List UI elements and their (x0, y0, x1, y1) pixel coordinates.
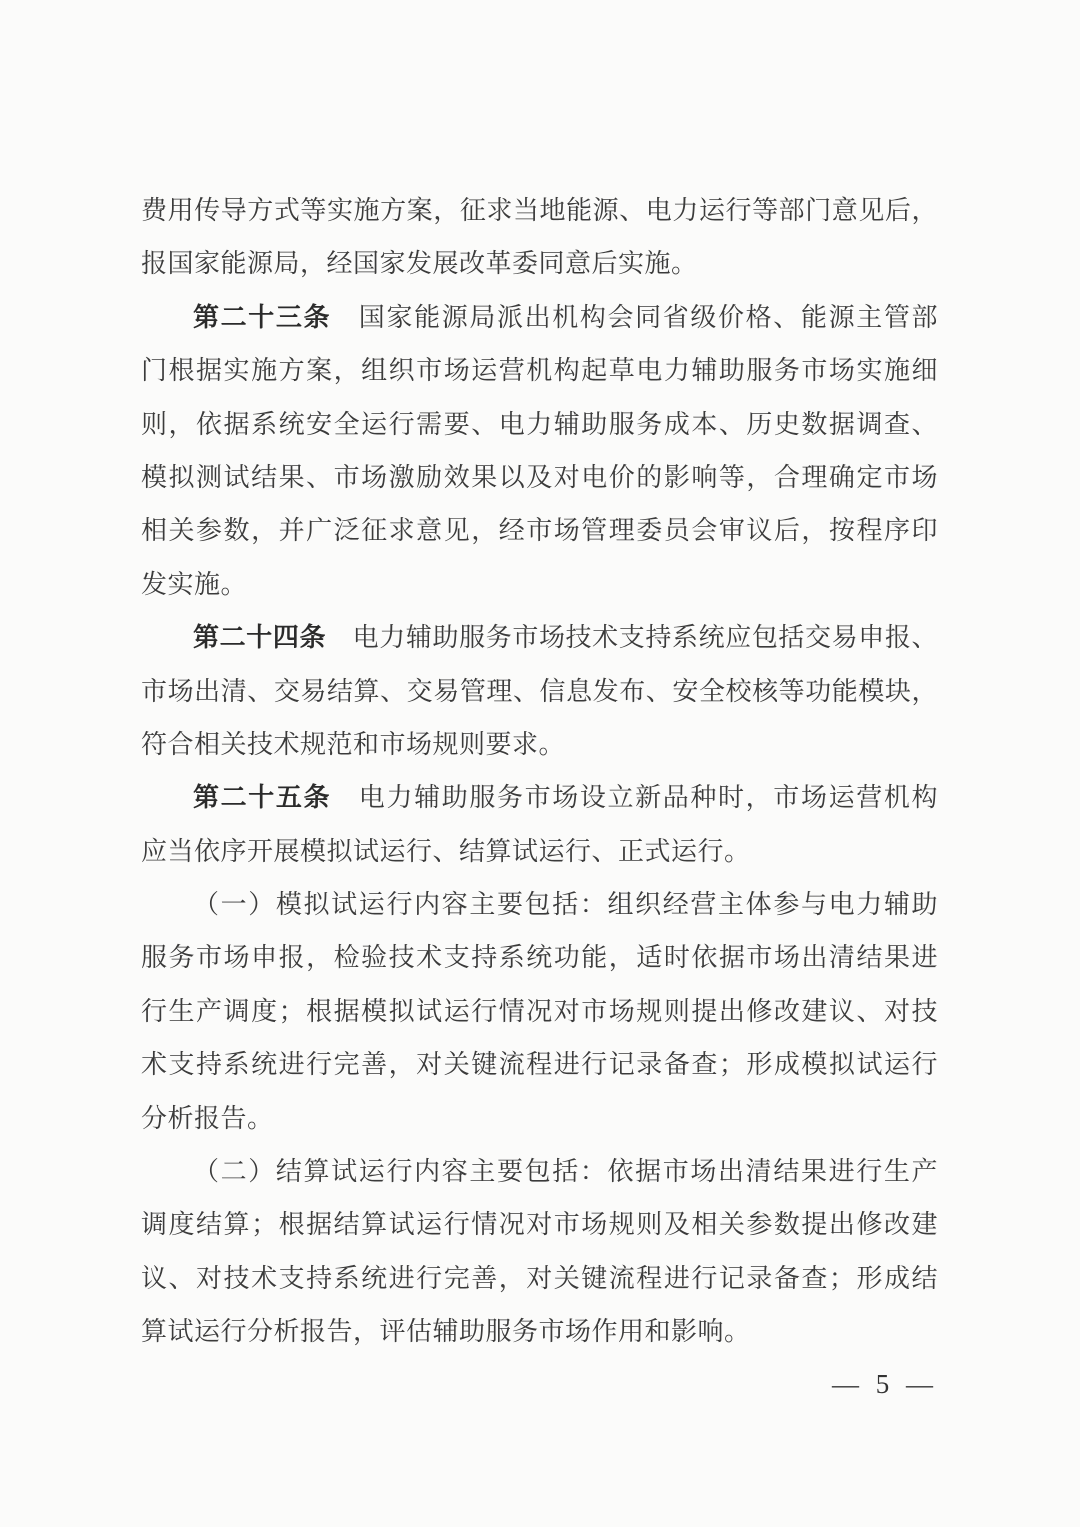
text-segment: 术支持系统进行完善，对关键流程进行记录备查；形成模拟试运行 (141, 1050, 938, 1079)
text-line: 报国家能源局，经国家发展改革委同意后实施。 (141, 237, 938, 290)
text-segment: 则，依据系统安全运行需要、电力辅助服务成本、历史数据调查、 (141, 410, 938, 439)
text-line: 行生产调度；根据模拟试运行情况对市场规则提出修改建议、对技 (141, 985, 938, 1038)
text-line: 则，依据系统安全运行需要、电力辅助服务成本、历史数据调查、 (141, 398, 938, 451)
text-segment: 电力辅助服务市场设立新品种时，市场运营机构 (331, 783, 938, 812)
text-line: 市场出清、交易结算、交易管理、信息发布、安全校核等功能模块， (141, 665, 938, 718)
text-line: 第二十五条 电力辅助服务市场设立新品种时，市场运营机构 (141, 771, 938, 824)
document-page: 费用传导方式等实施方案，征求当地能源、电力运行等部门意见后， 报国家能源局，经国… (0, 0, 1080, 1527)
text-line: 门根据实施方案，组织市场运营机构起草电力辅助服务市场实施细 (141, 344, 938, 397)
text-line: 调度结算；根据结算试运行情况对市场规则及相关参数提出修改建 (141, 1198, 938, 1251)
text-segment: 调度结算；根据结算试运行情况对市场规则及相关参数提出修改建 (141, 1210, 938, 1239)
text-segment: 分析报告。 (141, 1104, 274, 1133)
text-line: 第二十三条 国家能源局派出机构会同省级价格、能源主管部 (141, 291, 938, 344)
text-line: 分析报告。 (141, 1092, 938, 1145)
text-segment: 符合相关技术规范和市场规则要求。 (141, 730, 565, 759)
text-segment: 国家能源局派出机构会同省级价格、能源主管部 (331, 303, 938, 332)
text-segment: 行生产调度；根据模拟试运行情况对市场规则提出修改建议、对技 (141, 997, 938, 1026)
text-segment: 议、对技术支持系统进行完善，对关键流程进行记录备查；形成结 (141, 1264, 938, 1293)
page-number: — 5 — (832, 1369, 938, 1400)
text-segment: （一）模拟试运行内容主要包括：组织经营主体参与电力辅助 (193, 890, 938, 919)
text-segment: 报国家能源局，经国家发展改革委同意后实施。 (141, 249, 698, 278)
text-segment: 模拟测试结果、市场激励效果以及对电价的影响等，合理确定市场 (141, 463, 938, 492)
text-segment: 门根据实施方案，组织市场运营机构起草电力辅助服务市场实施细 (141, 356, 938, 385)
text-line: 算试运行分析报告，评估辅助服务市场作用和影响。 (141, 1305, 938, 1358)
text-line: 发实施。 (141, 558, 938, 611)
text-line: （一）模拟试运行内容主要包括：组织经营主体参与电力辅助 (141, 878, 938, 931)
text-line: 术支持系统进行完善，对关键流程进行记录备查；形成模拟试运行 (141, 1038, 938, 1091)
text-line: 应当依序开展模拟试运行、结算试运行、正式运行。 (141, 825, 938, 878)
article-number: 第二十五条 (193, 783, 331, 812)
text-segment: 费用传导方式等实施方案，征求当地能源、电力运行等部门意见后， (141, 196, 938, 225)
text-line: 服务市场申报，检验技术支持系统功能，适时依据市场出清结果进 (141, 931, 938, 984)
text-segment: 市场出清、交易结算、交易管理、信息发布、安全校核等功能模块， (141, 677, 938, 706)
text-segment: 应当依序开展模拟试运行、结算试运行、正式运行。 (141, 837, 751, 866)
text-segment: 相关参数，并广泛征求意见，经市场管理委员会审议后，按程序印 (141, 516, 938, 545)
text-segment: 算试运行分析报告，评估辅助服务市场作用和影响。 (141, 1317, 751, 1346)
text-segment: 电力辅助服务市场技术支持系统应包括交易申报、 (326, 623, 938, 652)
text-line: 议、对技术支持系统进行完善，对关键流程进行记录备查；形成结 (141, 1252, 938, 1305)
article-number: 第二十四条 (193, 623, 326, 652)
document-body: 费用传导方式等实施方案，征求当地能源、电力运行等部门意见后， 报国家能源局，经国… (141, 184, 938, 1359)
text-line: 相关参数，并广泛征求意见，经市场管理委员会审议后，按程序印 (141, 504, 938, 557)
text-line: 模拟测试结果、市场激励效果以及对电价的影响等，合理确定市场 (141, 451, 938, 504)
text-line: 费用传导方式等实施方案，征求当地能源、电力运行等部门意见后， (141, 184, 938, 237)
text-segment: （二）结算试运行内容主要包括：依据市场出清结果进行生产 (193, 1157, 938, 1186)
text-line: 符合相关技术规范和市场规则要求。 (141, 718, 938, 771)
text-segment: 服务市场申报，检验技术支持系统功能，适时依据市场出清结果进 (141, 943, 938, 972)
text-segment: 发实施。 (141, 570, 247, 599)
text-line: （二）结算试运行内容主要包括：依据市场出清结果进行生产 (141, 1145, 938, 1198)
text-line: 第二十四条 电力辅助服务市场技术支持系统应包括交易申报、 (141, 611, 938, 664)
article-number: 第二十三条 (193, 303, 331, 332)
